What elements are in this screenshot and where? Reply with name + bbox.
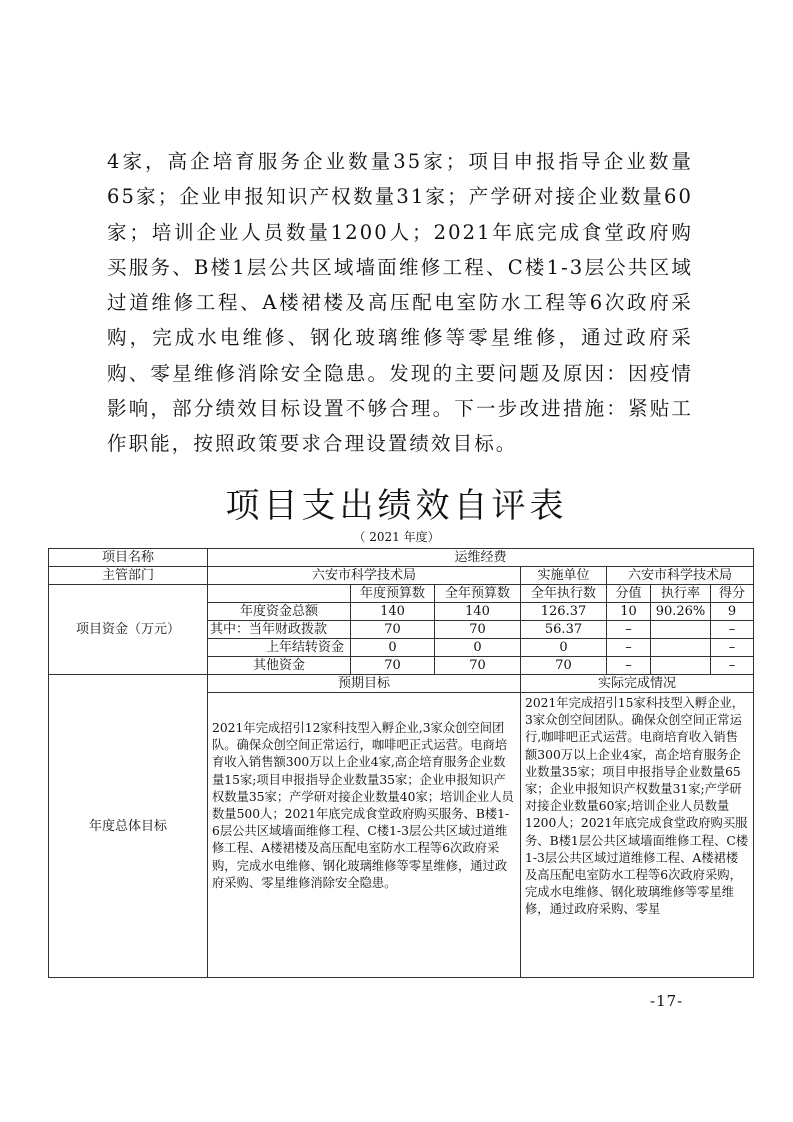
exec-rate (651, 621, 711, 639)
row-goal-headers: 年度总体目标 预期目标 实际完成情况 (49, 675, 754, 693)
funds-header: 执行率 (651, 585, 711, 603)
score-weight: – (607, 639, 651, 657)
full-year-budget: 140 (435, 603, 521, 621)
score: – (711, 639, 754, 657)
dept-value: 六安市科学技术局 (208, 567, 521, 585)
exec-rate (651, 639, 711, 657)
body-paragraph: 4家，高企培育服务企业数量35家；项目申报指导企业数量65家；企业申报知识产权数… (107, 144, 693, 462)
dept-label: 主管部门 (49, 567, 208, 585)
executed: 56.37 (521, 621, 607, 639)
funds-row-label: 其中：当年财政拨款 (208, 621, 351, 639)
score: 9 (711, 603, 754, 621)
table-title: 项目支出绩效自评表 (0, 478, 793, 527)
funds-row-label: 其他资金 (208, 657, 351, 675)
project-name-label: 项目名称 (49, 549, 208, 567)
executed: 126.37 (521, 603, 607, 621)
row-funds-header: 项目资金（万元） 年度预算数 全年预算数 全年执行数 分值 执行率 得分 (49, 585, 754, 603)
funds-row-label: 年度资金总额 (208, 603, 351, 621)
full-year-budget: 70 (435, 621, 521, 639)
annual-budget: 70 (351, 621, 435, 639)
executed: 0 (521, 639, 607, 657)
exec-rate: 90.26% (651, 603, 711, 621)
funds-label: 项目资金（万元） (49, 585, 208, 675)
full-year-budget: 70 (435, 657, 521, 675)
annual-budget: 0 (351, 639, 435, 657)
page-number: -17- (650, 992, 683, 1010)
funds-header-empty (208, 585, 351, 603)
row-project-name: 项目名称 运维经费 (49, 549, 754, 567)
score: – (711, 621, 754, 639)
funds-row-label: 上年结转资金 (208, 639, 351, 657)
annual-budget: 140 (351, 603, 435, 621)
annual-budget: 70 (351, 657, 435, 675)
funds-header: 年度预算数 (351, 585, 435, 603)
impl-unit-value: 六安市科学技术局 (607, 567, 754, 585)
expected-header: 预期目标 (208, 675, 521, 693)
funds-header: 全年执行数 (521, 585, 607, 603)
row-department: 主管部门 六安市科学技术局 实施单位 六安市科学技术局 (49, 567, 754, 585)
funds-header: 得分 (711, 585, 754, 603)
score-weight: 10 (607, 603, 651, 621)
expected-goal-text: 2021年完成招引12家科技型入孵企业,3家众创空间团队。确保众创空间正常运行，… (208, 693, 521, 978)
goal-label: 年度总体目标 (49, 675, 208, 978)
actual-completion-text: 2021年完成招引15家科技型入孵企业，3家众创空间团队。确保众创空间正常运行,… (521, 693, 754, 978)
funds-header: 全年预算数 (435, 585, 521, 603)
score: – (711, 657, 754, 675)
full-year-budget: 0 (435, 639, 521, 657)
actual-header: 实际完成情况 (521, 675, 754, 693)
executed: 70 (521, 657, 607, 675)
project-name-value: 运维经费 (208, 549, 754, 567)
impl-unit-label: 实施单位 (521, 567, 607, 585)
table-subtitle: （ 2021 年度） (0, 528, 793, 545)
exec-rate (651, 657, 711, 675)
funds-header: 分值 (607, 585, 651, 603)
performance-evaluation-table: 项目名称 运维经费 主管部门 六安市科学技术局 实施单位 六安市科学技术局 项目… (48, 548, 754, 978)
score-weight: – (607, 657, 651, 675)
score-weight: – (607, 621, 651, 639)
